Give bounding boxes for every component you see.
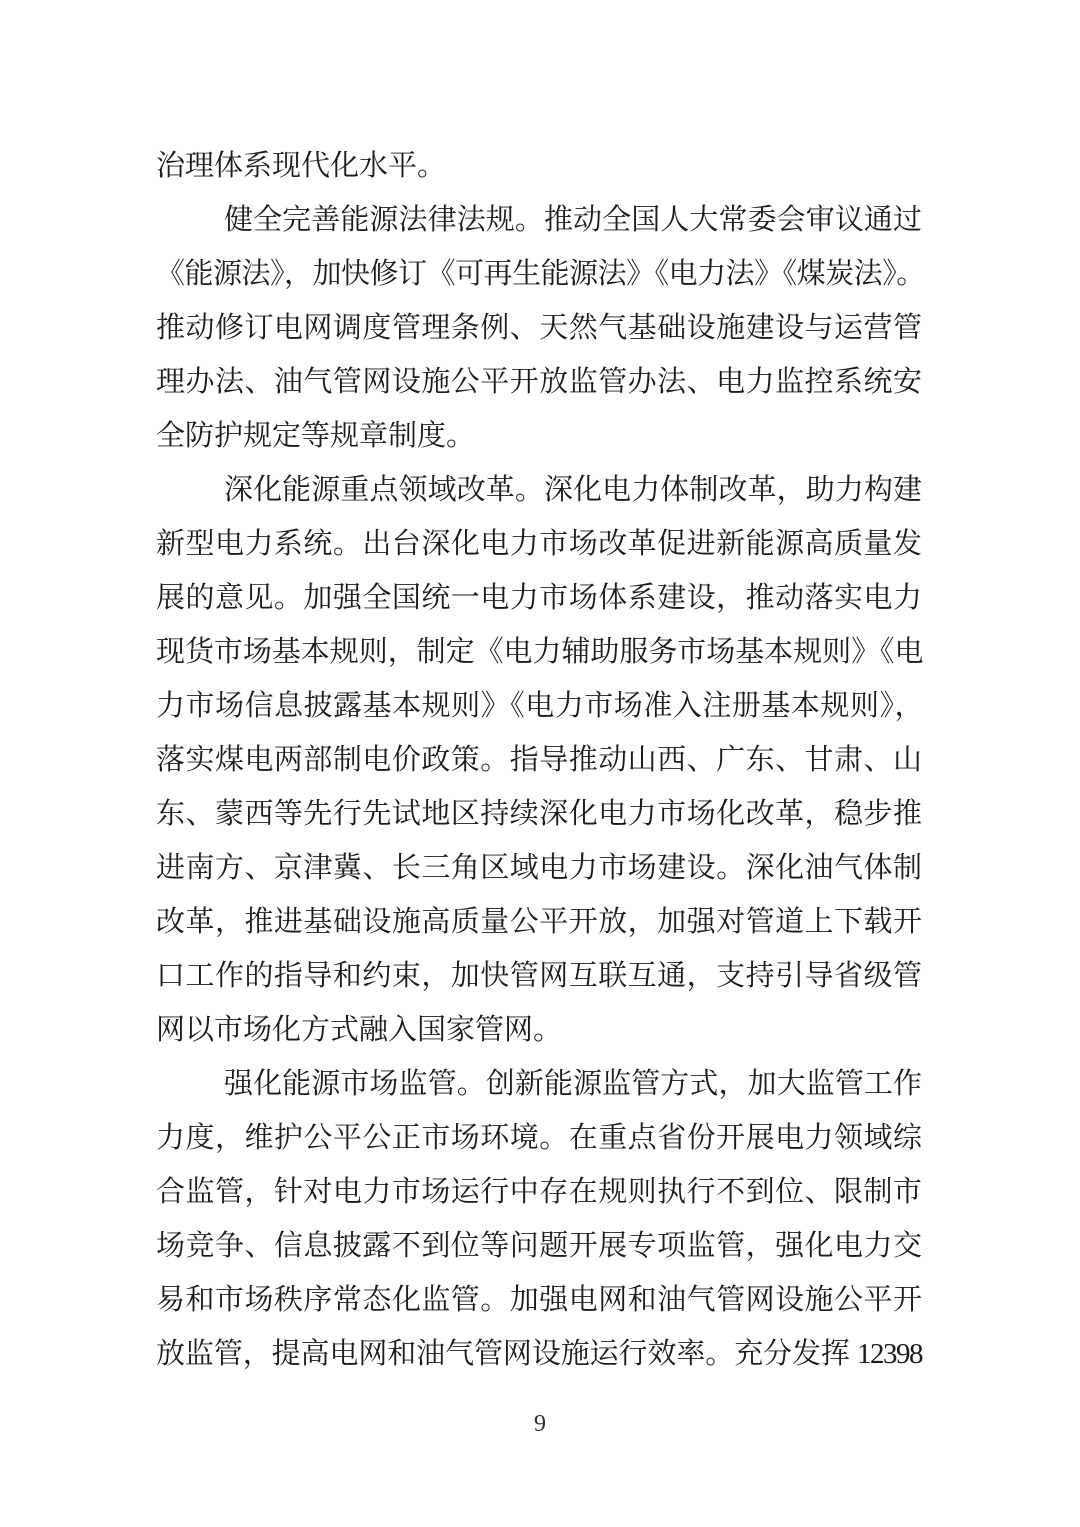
text-line: 力市场信息披露基本规则》《电力市场准入注册基本规则》， (156, 679, 922, 733)
text-line: 理办法、油气管网设施公平开放监管办法、电力监控系统安 (156, 355, 922, 409)
text-line: 现货市场基本规则，制定《电力辅助服务市场基本规则》《电 (156, 625, 922, 679)
document-body: 治理体系现代化水平。 健全完善能源法律法规。推动全国人大常委会审议通过 《能源法… (156, 139, 922, 1381)
text-line: 合监管，针对电力市场运行中存在规则执行不到位、限制市 (156, 1165, 922, 1219)
document-page: 治理体系现代化水平。 健全完善能源法律法规。推动全国人大常委会审议通过 《能源法… (0, 0, 1080, 1527)
text-line: 全防护规定等规章制度。 (156, 409, 922, 463)
text-line: 场竞争、信息披露不到位等问题开展专项监管，强化电力交 (156, 1219, 922, 1273)
page-number: 9 (0, 1408, 1080, 1440)
text-line: 新型电力系统。出台深化电力市场改革促进新能源高质量发 (156, 517, 922, 571)
text-line: 进南方、京津冀、长三角区域电力市场建设。深化油气体制 (156, 841, 922, 895)
text-line: 《能源法》，加快修订《可再生能源法》《电力法》《煤炭法》。 (156, 247, 922, 301)
text-line: 网以市场化方式融入国家管网。 (156, 1003, 922, 1057)
text-line: 改革，推进基础设施高质量公平开放，加强对管道上下载开 (156, 895, 922, 949)
text-line: 力度，维护公平公正市场环境。在重点省份开展电力领域综 (156, 1111, 922, 1165)
text-line: 强化能源市场监管。创新能源监管方式，加大监管工作 (156, 1057, 922, 1111)
text-line: 治理体系现代化水平。 (156, 139, 922, 193)
text-line: 易和市场秩序常态化监管。加强电网和油气管网设施公平开 (156, 1273, 922, 1327)
text-line: 健全完善能源法律法规。推动全国人大常委会审议通过 (156, 193, 922, 247)
text-line: 展的意见。加强全国统一电力市场体系建设，推动落实电力 (156, 571, 922, 625)
text-line: 放监管，提高电网和油气管网设施运行效率。充分发挥 12398 (156, 1327, 922, 1381)
text-line: 深化能源重点领域改革。深化电力体制改革，助力构建 (156, 463, 922, 517)
text-line: 落实煤电两部制电价政策。指导推动山西、广东、甘肃、山 (156, 733, 922, 787)
text-line: 口工作的指导和约束，加快管网互联互通，支持引导省级管 (156, 949, 922, 1003)
text-line: 推动修订电网调度管理条例、天然气基础设施建设与运营管 (156, 301, 922, 355)
text-line: 东、蒙西等先行先试地区持续深化电力市场化改革，稳步推 (156, 787, 922, 841)
